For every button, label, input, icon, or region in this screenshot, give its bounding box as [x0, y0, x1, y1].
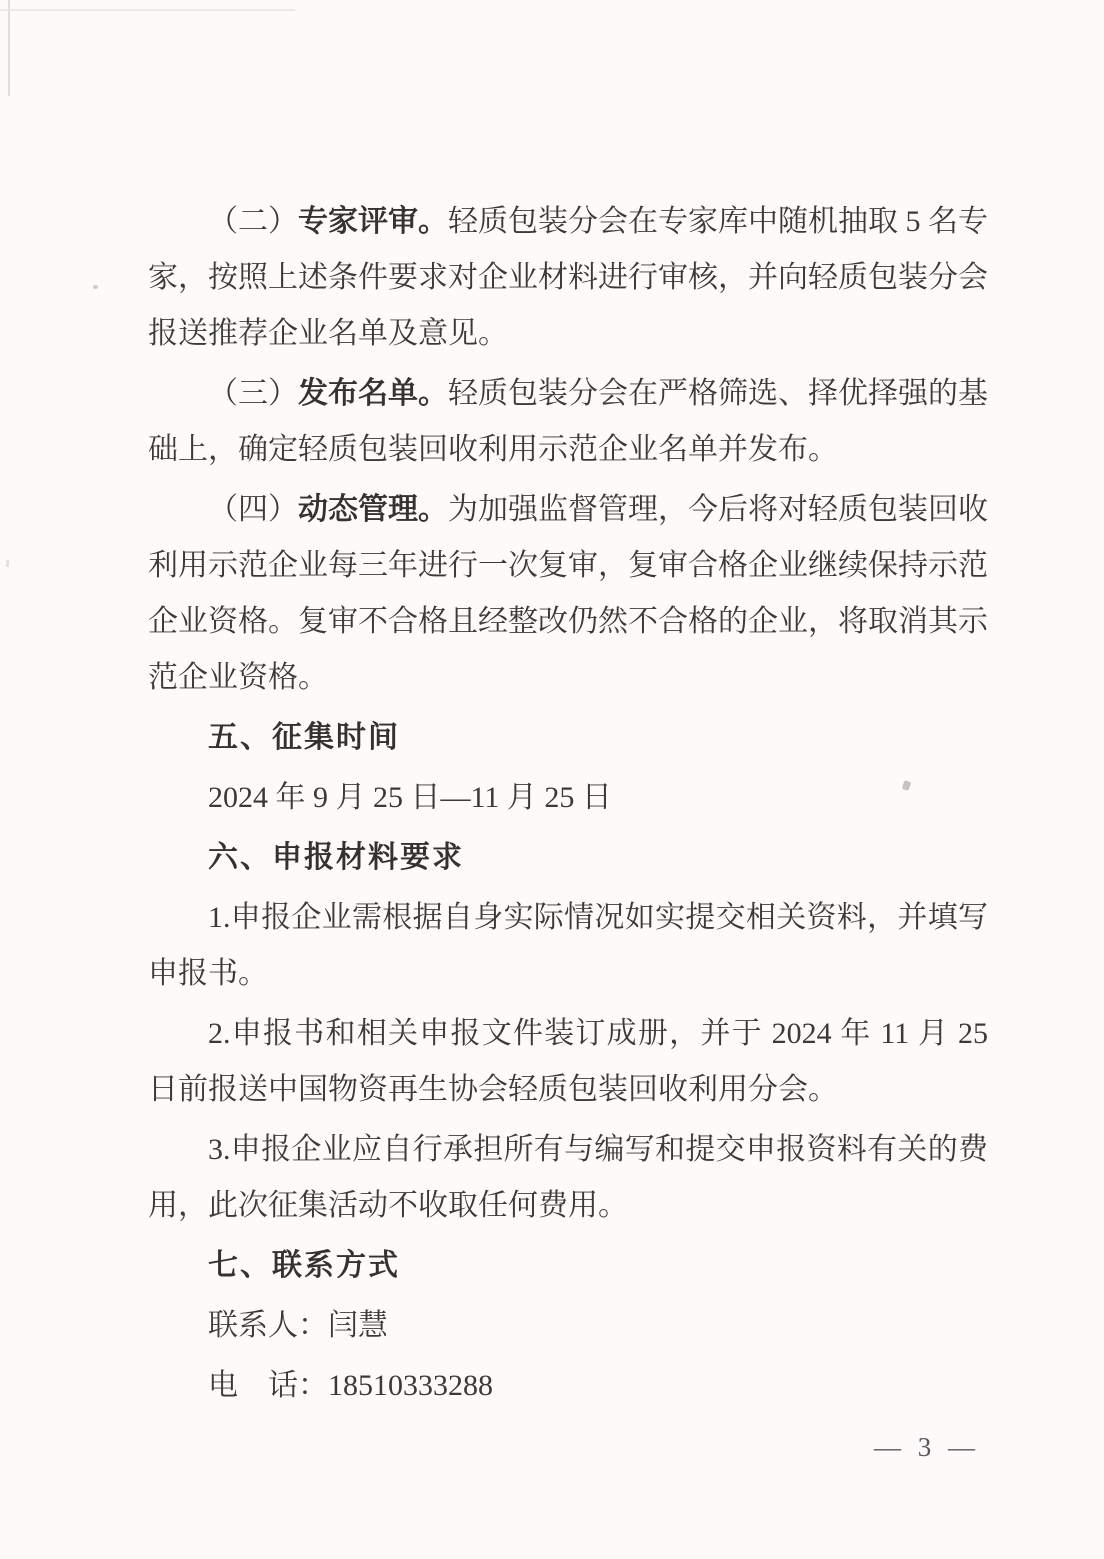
contact-person: 联系人：闫慧 — [148, 1298, 988, 1354]
clause-title: 专家评审。 — [298, 205, 448, 238]
document-body: （二）专家评审。轻质包装分会在专家库中随机抽取 5 名专家，按照上述条件要求对企… — [148, 194, 988, 1418]
scan-edge-artifact — [8, 0, 10, 96]
clause-dynamic-management: （四）动态管理。为加强监督管理，今后将对轻质包装回收利用示范企业每三年进行一次复… — [148, 482, 988, 706]
clause-number: （二） — [208, 205, 298, 238]
scan-speck-artifact — [6, 560, 9, 567]
clause-number: （三） — [208, 377, 298, 410]
collection-date-range: 2024 年 9 月 25 日—11 月 25 日 — [148, 770, 988, 826]
material-requirement-item-2: 2.申报书和相关申报文件装订成册，并于 2024 年 11 月 25 日前报送中… — [148, 1006, 988, 1118]
section-heading-application-materials: 六、申报材料要求 — [148, 830, 988, 886]
clause-title: 动态管理。 — [298, 493, 448, 526]
material-requirement-item-3: 3.申报企业应自行承担所有与编写和提交申报资料有关的费用，此次征集活动不收取任何… — [148, 1122, 988, 1234]
scan-speck-artifact — [93, 285, 98, 289]
clause-expert-review: （二）专家评审。轻质包装分会在专家库中随机抽取 5 名专家，按照上述条件要求对企… — [148, 194, 988, 362]
section-heading-collection-time: 五、征集时间 — [148, 710, 988, 766]
page-number: — 3 — — [852, 1432, 1002, 1463]
scan-edge-artifact — [0, 9, 295, 11]
section-heading-contact: 七、联系方式 — [148, 1238, 988, 1294]
clause-publish-list: （三）发布名单。轻质包装分会在严格筛选、择优择强的基础上，确定轻质包装回收利用示… — [148, 366, 988, 478]
material-requirement-item-1: 1.申报企业需根据自身实际情况如实提交相关资料，并填写申报书。 — [148, 890, 988, 1002]
scanned-document-page: （二）专家评审。轻质包装分会在专家库中随机抽取 5 名专家，按照上述条件要求对企… — [0, 0, 1104, 1559]
contact-phone: 电 话：18510333288 — [148, 1358, 988, 1414]
clause-title: 发布名单。 — [298, 377, 448, 410]
clause-number: （四） — [208, 493, 298, 526]
